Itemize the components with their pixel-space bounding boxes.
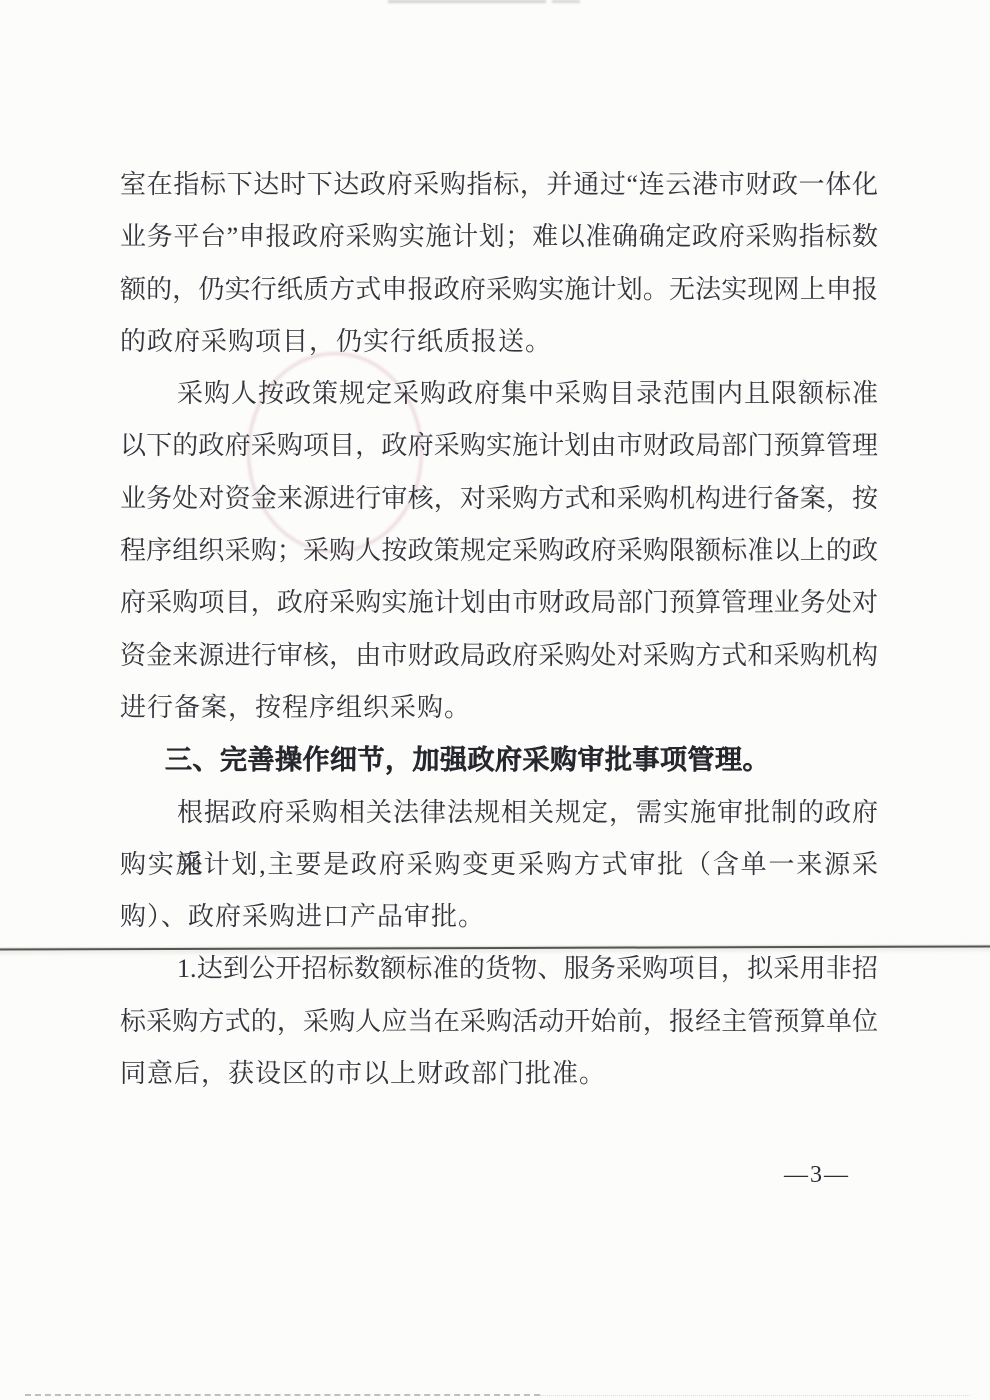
body-line: 标采购方式的，采购人应当在采购活动开始前，报经主管预算单位: [120, 996, 878, 1048]
body-line: 额的，仍实行纸质方式申报政府采购实施计划。无法实现网上申报: [120, 264, 878, 316]
body-line: 程序组织采购；采购人按政策规定采购政府采购限额标准以上的政: [120, 525, 878, 577]
bottom-edge-scan-artifact: [25, 1394, 540, 1396]
body-line: 以下的政府采购项目，政府采购实施计划由市财政局部门预算管理: [120, 420, 878, 472]
text-block: 室在指标下达时下达政府采购指标，并通过“连云港市财政一体化 业务平台”申报政府采…: [120, 159, 878, 1100]
top-edge-scan-artifact: [552, 0, 580, 3]
body-line: 购）、政府采购进口产品审批。: [120, 891, 878, 943]
body-line: 的政府采购项目，仍实行纸质报送。: [120, 316, 878, 368]
document-page: 室在指标下达时下达政府采购指标，并通过“连云港市财政一体化 业务平台”申报政府采…: [0, 0, 990, 1400]
body-line: 业务处对资金来源进行审核，对采购方式和采购机构进行备案，按: [120, 473, 878, 525]
page-number: —3—: [784, 1162, 850, 1189]
body-line: 室在指标下达时下达政府采购指标，并通过“连云港市财政一体化: [120, 159, 878, 211]
top-edge-scan-artifact: [388, 0, 546, 3]
body-line: 业务平台”申报政府采购实施计划；难以准确确定政府采购指标数: [120, 211, 878, 263]
bottom-edge-scan-artifact: [540, 1395, 970, 1396]
body-line: 购实施计划,主要是政府采购变更采购方式审批（含单一来源采: [120, 839, 878, 891]
body-line: 1.达到公开招标数额标准的货物、服务采购项目，拟采用非招: [120, 943, 878, 995]
body-line: 同意后，获设区的市以上财政部门批准。: [120, 1048, 878, 1100]
section-heading: 三、完善操作细节，加强政府采购审批事项管理。: [120, 734, 878, 786]
body-line: 根据政府采购相关法律法规相关规定，需实施审批制的政府采: [120, 787, 878, 839]
body-line: 进行备案，按程序组织采购。: [120, 682, 878, 734]
body-line: 府采购项目，政府采购实施计划由市财政局部门预算管理业务处对: [120, 577, 878, 629]
body-line: 资金来源进行审核，由市财政局政府采购处对采购方式和采购机构: [120, 630, 878, 682]
body-line: 采购人按政策规定采购政府集中采购目录范围内且限额标准: [120, 368, 878, 420]
